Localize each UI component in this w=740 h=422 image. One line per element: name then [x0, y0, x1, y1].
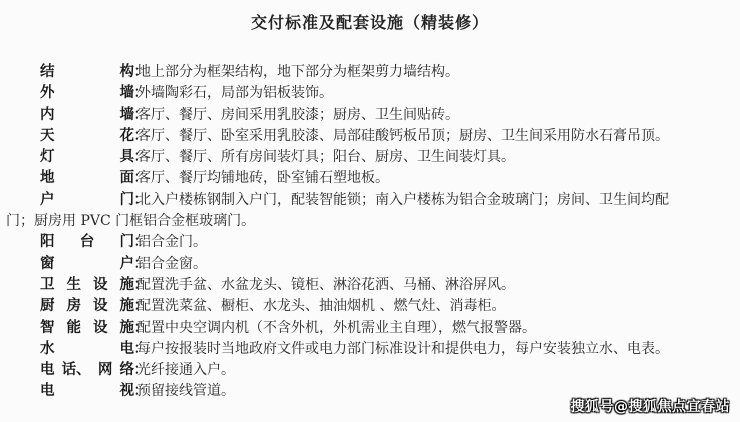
- spec-label: 卫 生 设 施 ：: [40, 275, 134, 296]
- spec-row-windows: 窗 户 ： 铝合金窗。: [0, 254, 740, 275]
- spec-value-continuation: 门；厨房用 PVC 门框铝合金框玻璃门。: [6, 211, 255, 232]
- spec-row-entry-door: 户 门 ： 北入户楼栋钢制入户门，配装智能锁；南入户楼栋为铝合金玻璃门；房间、卫…: [0, 190, 740, 211]
- spec-value: 客厅、餐厅均铺地砖，卧室铺石塑地板。: [137, 168, 389, 189]
- spec-value: 光纤接通入户。: [137, 360, 235, 381]
- spec-row-ceiling: 天 花 ： 客厅、餐厅、卧室采用乳胶漆、局部硅酸钙板吊顶；厨房、卫生间采用防水石…: [0, 126, 740, 147]
- spec-value: 外墙陶彩石，局部为铝板装饰。: [137, 83, 333, 104]
- spec-value: 地上部分为框架结构，地下部分为框架剪力墙结构。: [137, 62, 459, 83]
- spec-value: 铝合金窗。: [137, 254, 207, 275]
- spec-value: 客厅、餐厅、卧室采用乳胶漆、局部硅酸钙板吊顶；厨房、卫生间采用防水石膏吊顶。: [137, 126, 669, 147]
- spec-row-exterior-wall: 外 墙 ： 外墙陶彩石，局部为铝板装饰。: [0, 83, 740, 104]
- spec-value: 客厅、餐厅、所有房间装灯具；阳台、厨房、卫生间装灯具。: [137, 147, 515, 168]
- spec-value: 每户按报装时当地政府文件或电力部门标准设计和提供电力，每户安装独立水、电表。: [137, 339, 669, 360]
- spec-row-interior-wall: 内 墙 ： 客厅、餐厅、房间采用乳胶漆；厨房、卫生间贴砖。: [0, 105, 740, 126]
- spec-row-smart-facilities: 智 能 设 施 ： 配置中央空调内机（不含外机，外机需业主自理），燃气报警器。: [0, 318, 740, 339]
- spec-label: 厨 房 设 施 ：: [40, 296, 134, 317]
- spec-label: 电 话、 网 络 ：: [40, 360, 134, 381]
- spec-row-entry-door-continued: 门；厨房用 PVC 门框铝合金框玻璃门。: [0, 211, 740, 232]
- spec-value: 配置中央空调内机（不含外机，外机需业主自理），燃气报警器。: [137, 318, 536, 339]
- spec-value: 配置洗菜盆、橱柜、水龙头、抽油烟机 、燃气灶、消毒柜。: [137, 296, 505, 317]
- spec-label: 智 能 设 施 ：: [40, 318, 134, 339]
- spec-value: 配置洗手盆、水盆龙头、镜柜、淋浴花洒、马桶、淋浴屏风。: [137, 275, 515, 296]
- spec-row-lighting: 灯 具 ： 客厅、餐厅、所有房间装灯具；阳台、厨房、卫生间装灯具。: [0, 147, 740, 168]
- spec-value: 铝合金门。: [137, 232, 207, 253]
- spec-value: 客厅、餐厅、房间采用乳胶漆；厨房、卫生间贴砖。: [137, 105, 459, 126]
- spec-value: 预留接线管道。: [137, 381, 235, 402]
- spec-row-kitchen-facilities: 厨 房 设 施 ： 配置洗菜盆、橱柜、水龙头、抽油烟机 、燃气灶、消毒柜。: [0, 296, 740, 317]
- spec-row-floor: 地 面 ： 客厅、餐厅均铺地砖，卧室铺石塑地板。: [0, 168, 740, 189]
- spec-label: 阳 台 门 ：: [40, 232, 134, 253]
- spec-row-balcony-door: 阳 台 门 ： 铝合金门。: [0, 232, 740, 253]
- spec-row-bathroom-facilities: 卫 生 设 施 ： 配置洗手盆、水盆龙头、镜柜、淋浴花洒、马桶、淋浴屏风。: [0, 275, 740, 296]
- spec-list: 结 构 ： 地上部分为框架结构，地下部分为框架剪力墙结构。 外 墙 ： 外墙陶彩…: [0, 62, 740, 403]
- document-title: 交付标准及配套设施（精装修）: [0, 10, 740, 33]
- source-watermark: 搜狐号@搜狐焦点宜春站: [571, 396, 731, 416]
- spec-row-phone-network: 电 话、 网 络 ： 光纤接通入户。: [0, 360, 740, 381]
- spec-row-water-electricity: 水 电 ： 每户按报装时当地政府文件或电力部门标准设计和提供电力，每户安装独立水…: [0, 339, 740, 360]
- spec-value: 北入户楼栋钢制入户门，配装智能锁；南入户楼栋为铝合金玻璃门；房间、卫生间均配: [137, 190, 669, 211]
- spec-row-structure: 结 构 ： 地上部分为框架结构，地下部分为框架剪力墙结构。: [0, 62, 740, 83]
